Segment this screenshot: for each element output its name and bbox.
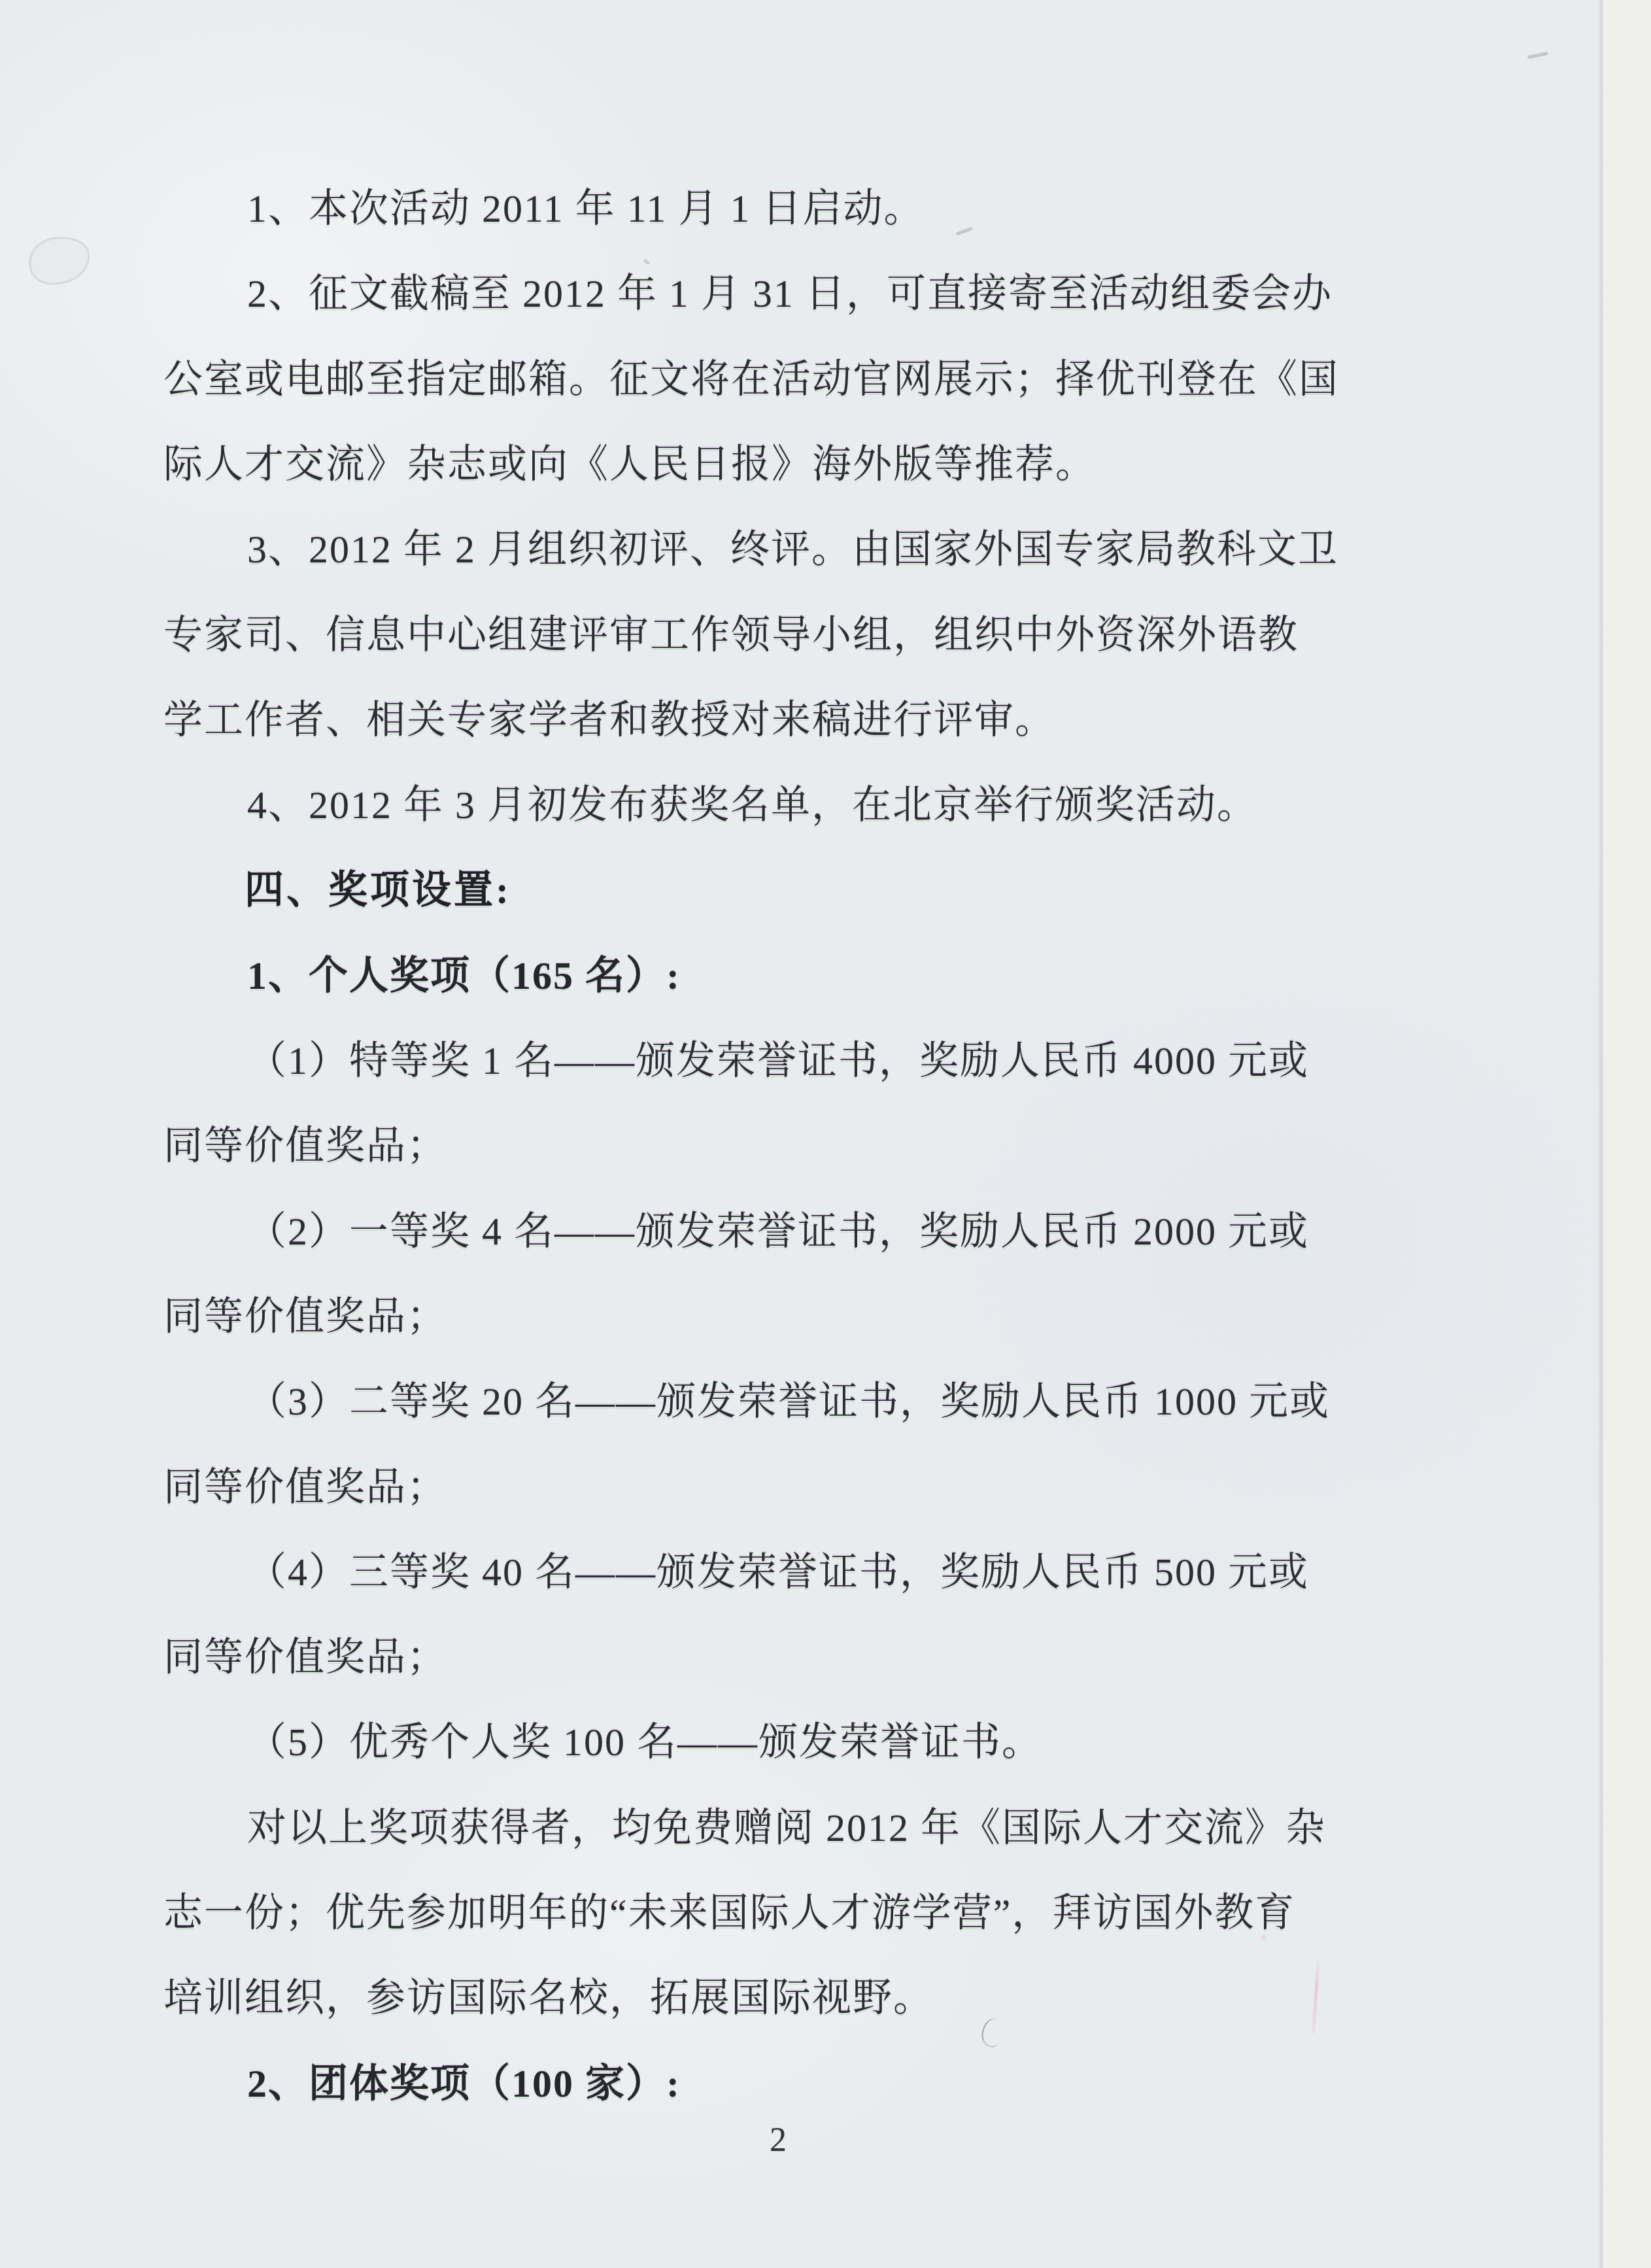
sub-heading: 1、个人奖项（165 名）:	[247, 929, 681, 1016]
pink-ink-dot	[1261, 1934, 1267, 1940]
scan-speck	[956, 227, 973, 236]
doc-line: 3、2012 年 2 月组织初评、终评。由国家外国专家局教科文卫	[247, 503, 1338, 589]
water-stain-smudge	[25, 232, 94, 288]
doc-line: 专家司、信息中心组建评审工作领导小组，组织中外资深外语教	[163, 589, 1299, 675]
doc-line: （4）三等奖 40 名——颁发荣誉证书，奖励人民币 500 元或	[247, 1526, 1309, 1612]
doc-line: 志一份；优先参加明年的“未来国际人才游学营”，拜访国外教育	[163, 1866, 1295, 1953]
doc-line: （1）特等奖 1 名——颁发荣誉证书，奖励人民币 4000 元或	[247, 1014, 1309, 1101]
paper-edge-shadow	[1597, 0, 1603, 2268]
scanner-background: 1、本次活动 2011 年 11 月 1 日启动。 2、征文截稿至 2012 年…	[0, 0, 1651, 2268]
doc-line: 1、本次活动 2011 年 11 月 1 日启动。	[247, 162, 925, 249]
doc-line: 公室或电邮至指定邮箱。征文将在活动官网展示；择优刊登在《国	[163, 333, 1339, 419]
doc-line: 学工作者、相关专家学者和教授对来稿进行评审。	[163, 674, 1055, 760]
pencil-mark	[1527, 52, 1548, 60]
doc-line: 培训组织，参访国际名校，拓展国际视野。	[163, 1951, 934, 2038]
doc-line: 同等价值奖品；	[163, 1099, 447, 1186]
doc-line: 同等价值奖品；	[163, 1611, 447, 1697]
doc-line: 对以上奖项获得者，均免费赠阅 2012 年《国际人才交流》杂	[247, 1781, 1326, 1868]
dust-fiber	[978, 2016, 1008, 2050]
doc-line: 2、征文截稿至 2012 年 1 月 31 日，可直接寄至活动组委会办	[247, 247, 1333, 334]
doc-line: （2）一等奖 4 名——颁发荣誉证书，奖励人民币 2000 元或	[247, 1185, 1309, 1271]
doc-line: 同等价值奖品；	[163, 1270, 447, 1356]
sub-heading: 2、团体奖项（100 家）:	[247, 2037, 681, 2123]
doc-line: 同等价值奖品；	[163, 1441, 447, 1527]
doc-line: （5）优秀个人奖 100 名——颁发荣誉证书。	[247, 1696, 1042, 1782]
doc-line: （3）二等奖 20 名——颁发荣誉证书，奖励人民币 1000 元或	[247, 1355, 1330, 1441]
scanned-paper-page: 1、本次活动 2011 年 11 月 1 日启动。 2、征文截稿至 2012 年…	[0, 0, 1603, 2268]
page-number: 2	[732, 2116, 824, 2163]
doc-line: 际人才交流》杂志或向《人民日报》海外版等推荐。	[163, 418, 1096, 504]
pink-ink-scratch	[1312, 1957, 1320, 2034]
doc-line: 4、2012 年 3 月初发布获奖名单，在北京举行颁奖活动。	[247, 759, 1257, 845]
section-heading: 四、奖项设置:	[245, 844, 511, 930]
